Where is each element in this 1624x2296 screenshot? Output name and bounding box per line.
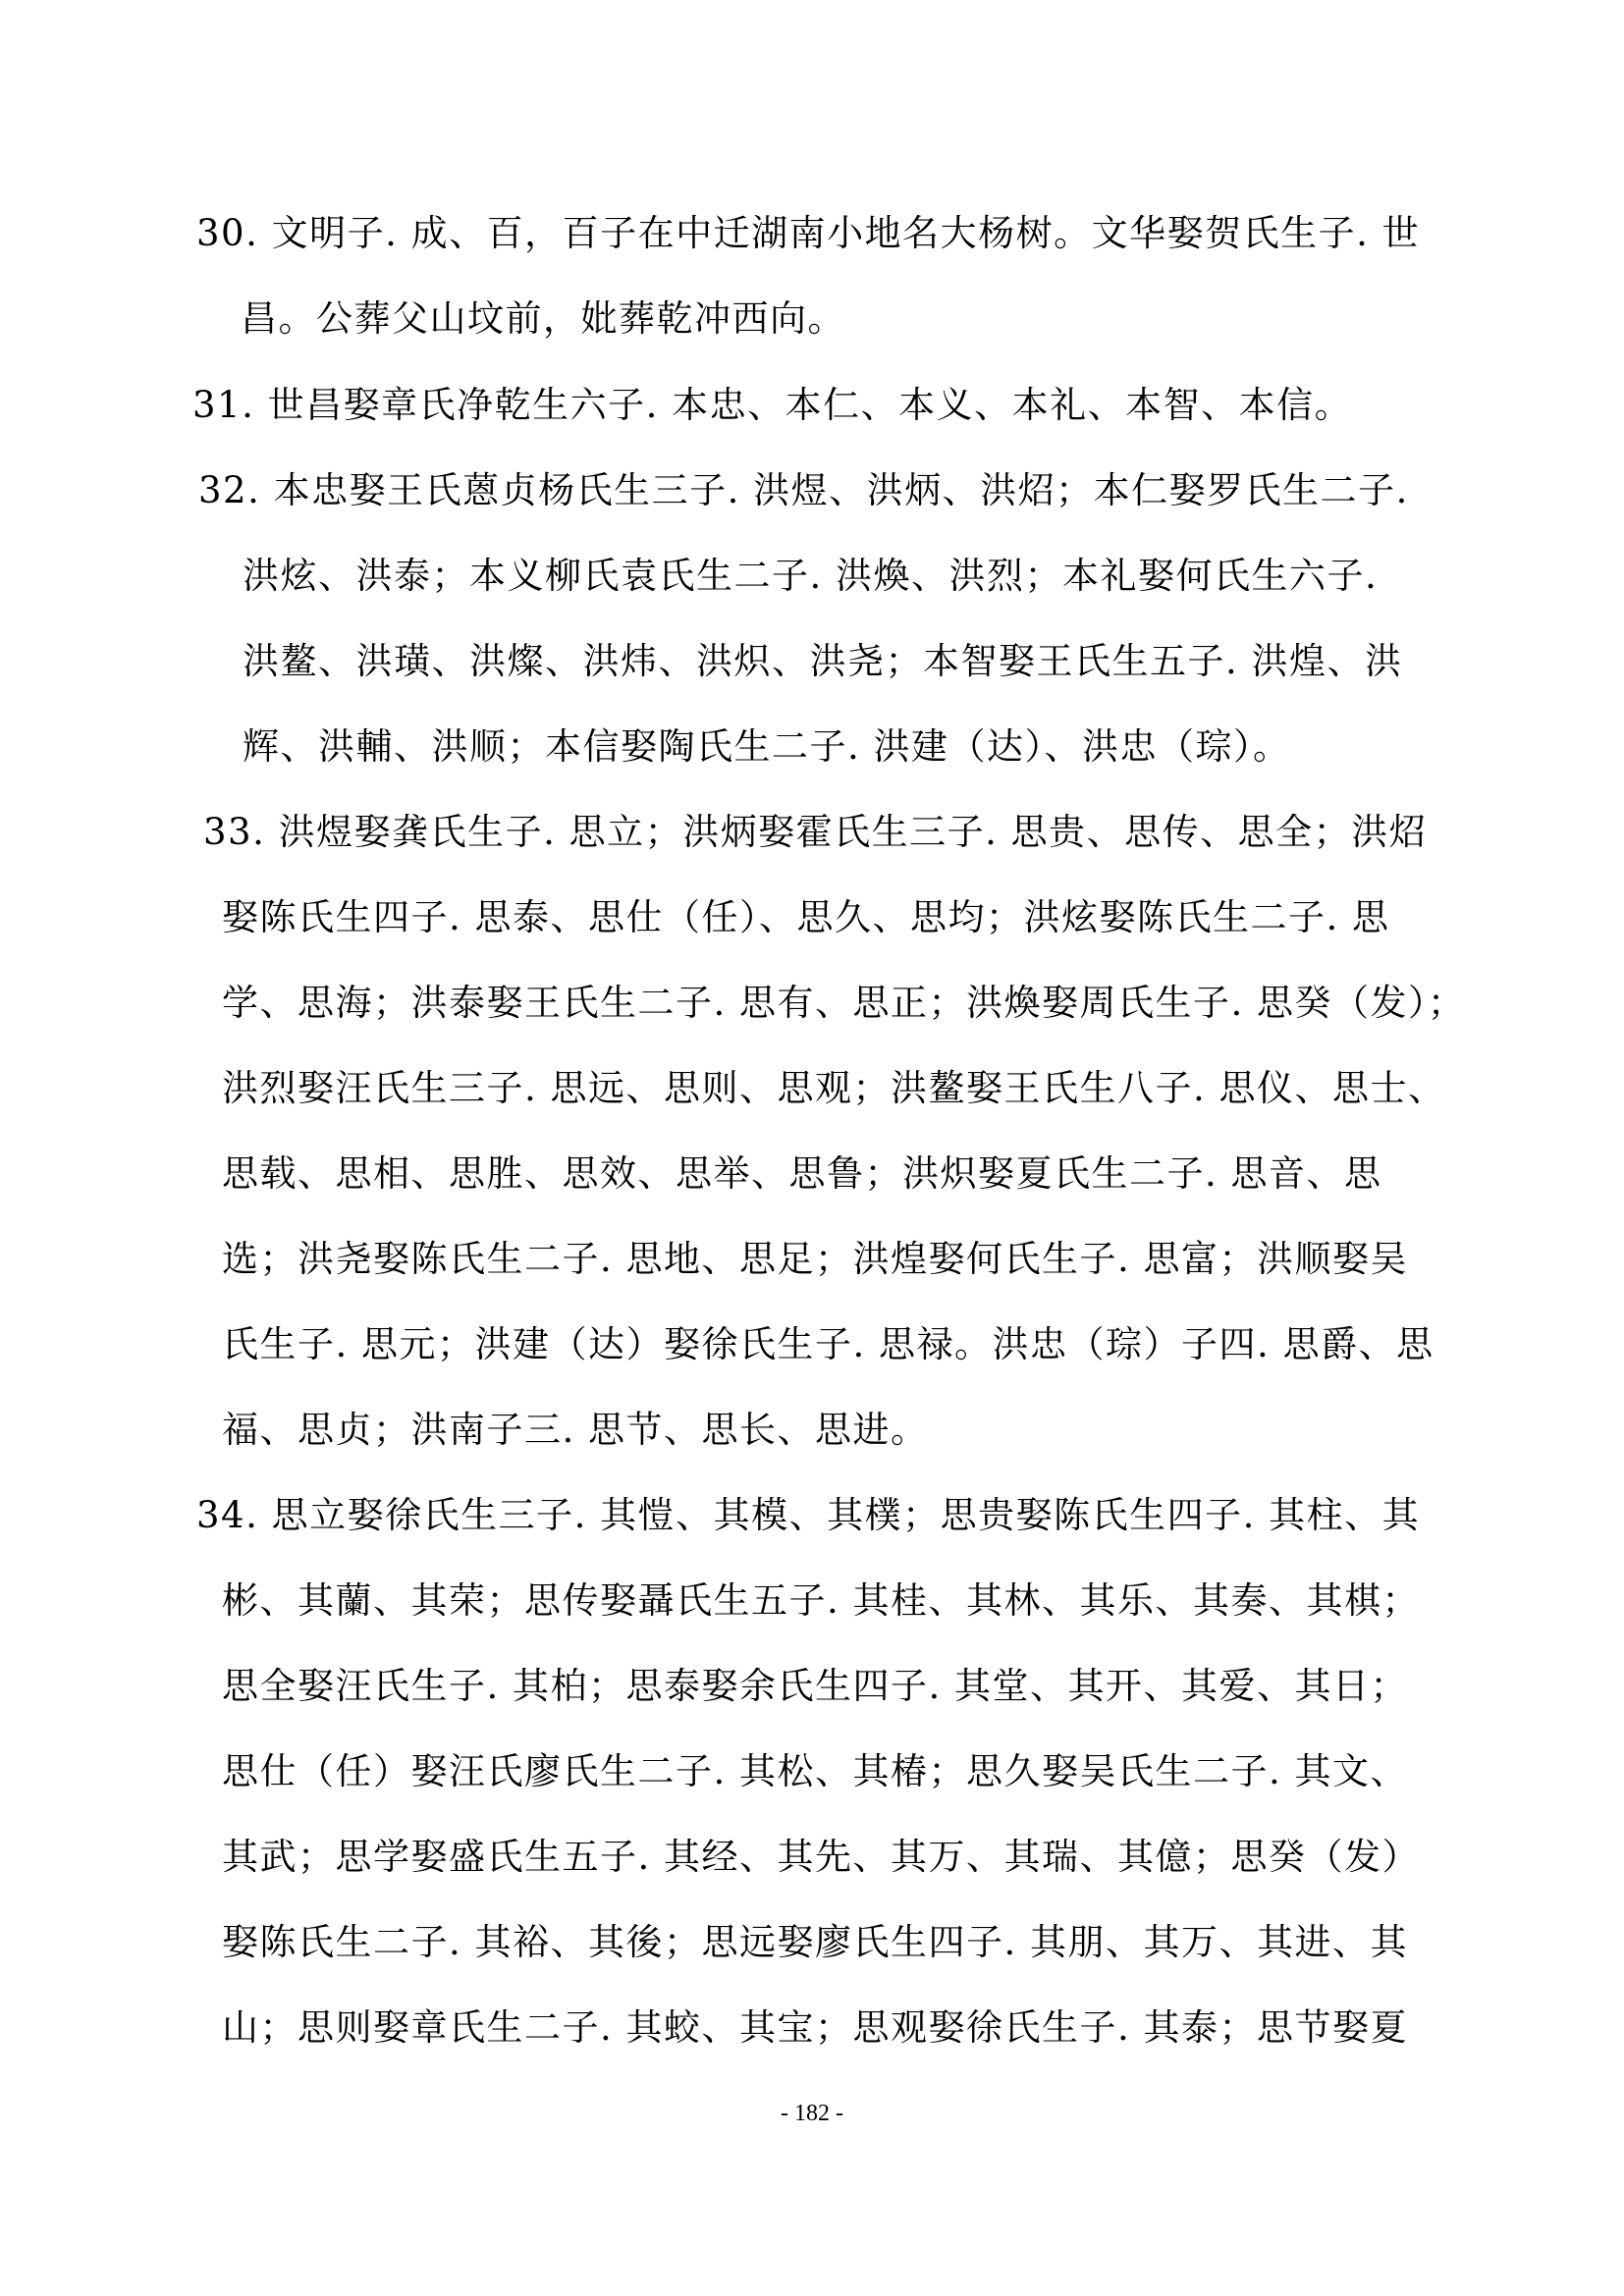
paragraph-33-line-6: 选；洪尧娶陈氏生二子. 思地、思足；洪煌娶何氏生子. 思富；洪顺娶吴 [222, 1238, 1408, 1281]
paragraph-33-line-2: 娶陈氏生四子. 思泰、思仕（任）、思久、思均；洪炫娶陈氏生二子. 思 [222, 896, 1390, 939]
paragraph-33-line-5: 思载、思相、思胜、思效、思举、思鲁；洪炽娶夏氏生二子. 思音、思 [222, 1152, 1382, 1196]
paragraph-34-line-5: 其武；思学娶盛氏生五子. 其经、其先、其万、其瑞、其億；思癸（发） [222, 1836, 1420, 1879]
paragraph-32-line-4: 辉、洪輔、洪顺；本信娶陶氏生二子. 洪建（达）、洪忠（琮）。 [243, 725, 1291, 769]
paragraph-32-line-3: 洪鳌、洪璜、洪燦、洪炜、洪炽、洪尧；本智娶王氏生五子. 洪煌、洪 [243, 640, 1403, 683]
page-number: - 182 - [0, 2101, 1624, 2127]
paragraph-31-line-1: 31. 世昌娶章氏净乾生六子. 本忠、本仁、本义、本礼、本智、本信。 [192, 384, 1352, 427]
paragraph-33-line-4: 洪烈娶汪氏生三子. 思远、思则、思观；洪鳌娶王氏生八子. 思仪、思士、 [222, 1067, 1446, 1110]
paragraph-32-line-1: 32. 本忠娶王氏蒽贞杨氏生三子. 洪煜、洪炳、洪炤；本仁娶罗氏生二子. [198, 469, 1409, 512]
paragraph-34-line-7: 山；思则娶章氏生二子. 其蛟、其宝；思观娶徐氏生子. 其泰；思节娶夏 [222, 2006, 1408, 2050]
paragraph-32-line-2: 洪炫、洪泰；本义柳氏袁氏生二子. 洪煥、洪烈；本礼娶何氏生六子. [243, 555, 1378, 598]
paragraph-30-line-1: 30. 文明子. 成、百，百子在中迁湖南小地名大杨树。文华娶贺氏生子. 世 [196, 212, 1420, 255]
paragraph-34-line-3: 思全娶汪氏生子. 其柏；思泰娶余氏生四子. 其堂、其开、其爱、其日； [222, 1665, 1408, 1708]
paragraph-30-line-2: 昌。公葬父山坟前，妣葬乾冲西向。 [241, 297, 845, 341]
paragraph-34-line-2: 彬、其蘭、其荣；思传娶聶氏生五子. 其桂、其林、其乐、其奏、其棋； [222, 1579, 1420, 1623]
paragraph-33-line-3: 学、思海；洪泰娶王氏生二子. 思有、思正；洪煥娶周氏生子. 思癸（发）； [222, 982, 1466, 1025]
paragraph-33-line-8: 福、思贞；洪南子三. 思节、思长、思进。 [222, 1409, 929, 1452]
paragraph-34-line-4: 思仕（任）娶汪氏廖氏生二子. 其松、其椿；思久娶吴氏生二子. 其文、 [222, 1750, 1408, 1793]
paragraph-34-line-6: 娶陈氏生二子. 其裕、其後；思远娶廖氏生四子. 其朋、其万、其进、其 [222, 1921, 1408, 1964]
paragraph-33-line-7: 氏生子. 思元；洪建（达）娶徐氏生子. 思禄。洪忠（琮）子四. 思爵、思 [222, 1323, 1435, 1366]
paragraph-33-line-1: 33. 洪煜娶龚氏生子. 思立；洪炳娶霍氏生三子. 思贵、思传、思全；洪炤 [203, 811, 1427, 854]
paragraph-34-line-1: 34. 思立娶徐氏生三子. 其愷、其模、其樸；思贵娶陈氏生四子. 其柱、其 [196, 1494, 1420, 1537]
